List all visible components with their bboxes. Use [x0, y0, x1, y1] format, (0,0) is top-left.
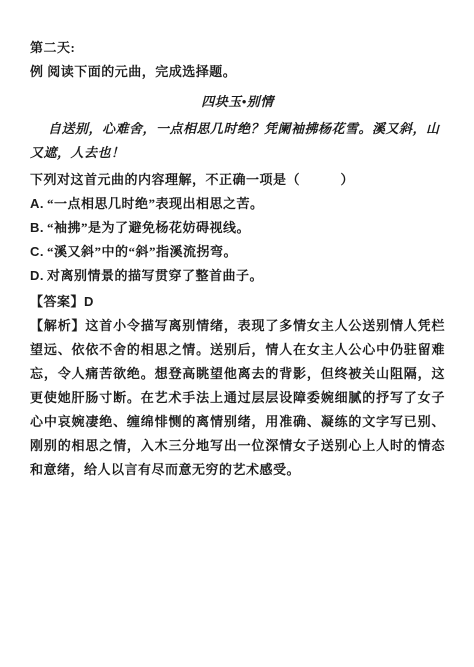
question-text: 下列对这首元曲的内容理解，不正确一项是（ ）	[30, 168, 445, 192]
option-b-label: B.	[30, 216, 44, 240]
answer-value: D	[84, 294, 94, 309]
analysis-label: 【解析】	[30, 318, 85, 333]
option-d: D.对离别情景的描写贯穿了整首曲子。	[30, 264, 445, 288]
option-a-label: A.	[30, 192, 44, 216]
document-page: 第二天: 例 阅读下面的元曲，完成选择题。 四块玉•别情 自送别，心难舍，一点相…	[0, 0, 474, 667]
option-b: B.“袖拂”是为了避免杨花妨碍视线。	[30, 216, 445, 240]
option-b-text: “袖拂”是为了避免杨花妨碍视线。	[47, 220, 250, 235]
option-d-text: 对离别情景的描写贯穿了整首曲子。	[47, 268, 263, 283]
instruction-text: 例 阅读下面的元曲，完成选择题。	[30, 60, 445, 84]
option-a-text: “一点相思几时绝”表现出相思之苦。	[47, 196, 264, 211]
answer-line: 【答案】D	[30, 290, 445, 314]
option-c: C.“溪又斜”中的“斜”指溪流拐弯。	[30, 240, 445, 264]
option-c-text: “溪又斜”中的“斜”指溪流拐弯。	[47, 244, 237, 259]
option-a: A.“一点相思几时绝”表现出相思之苦。	[30, 192, 445, 216]
poem-title: 四块玉•别情	[30, 90, 445, 114]
option-c-label: C.	[30, 240, 44, 264]
document-content: 第二天: 例 阅读下面的元曲，完成选择题。 四块玉•别情 自送别，心难舍，一点相…	[0, 0, 474, 482]
poem-text: 自送别，心难舍，一点相思几时绝？凭阑袖拂杨花雪。溪又斜，山又遮，人去也！	[30, 117, 445, 165]
answer-label: 【答案】	[30, 294, 84, 309]
day-label: 第二天:	[30, 36, 445, 60]
analysis-paragraph: 【解析】这首小令描写离别情绪，表现了多情女主人公送别情人凭栏望远、依依不舍的相思…	[30, 314, 445, 482]
option-d-label: D.	[30, 264, 44, 288]
analysis-text: 这首小令描写离别情绪，表现了多情女主人公送别情人凭栏望远、依依不舍的相思之情。送…	[30, 318, 445, 477]
